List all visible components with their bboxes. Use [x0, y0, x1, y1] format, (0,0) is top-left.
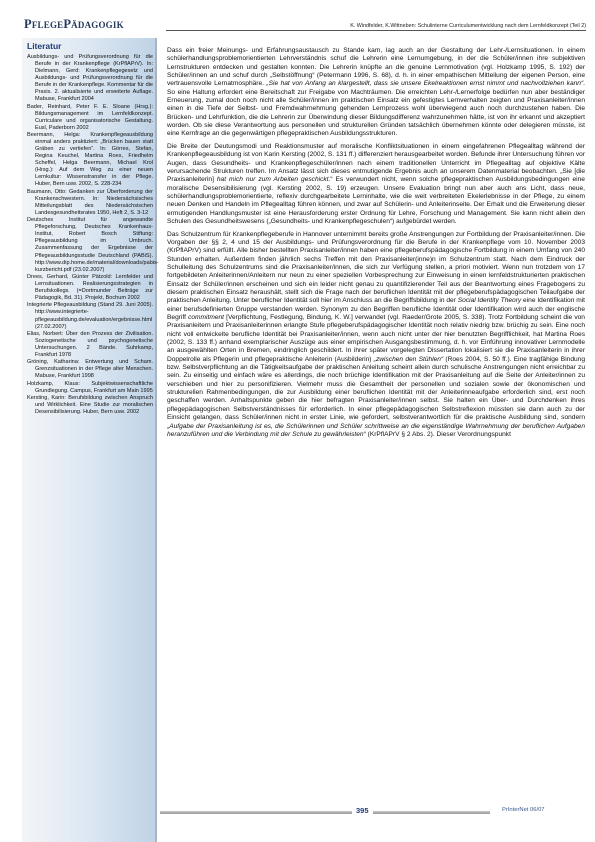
- body-paragraph: Dass ein freier Meinungs- und Erfahrungs…: [167, 47, 585, 139]
- literature-heading: Literatur: [27, 41, 61, 51]
- journal-brand-logo: PflegePädagogik: [24, 17, 124, 32]
- article-body: Dass ein freier Meinungs- und Erfahrungs…: [167, 47, 585, 443]
- text-run: “ (KrPflAPrV § 2 Abs. 2). Dieser Verordn…: [364, 431, 511, 438]
- reference-list: Ausbildungs- und Prüfungsverordnung für …: [27, 54, 153, 417]
- reference-entry: Kersting, Karin: Berufsbildung zwischen …: [27, 395, 153, 416]
- reference-entry: Holzkamp, Klaus: Subjektwissenschaftlich…: [27, 381, 153, 395]
- body-paragraph: Die Breite der Deutungsmodi und Reaktion…: [167, 143, 585, 226]
- reference-entry: Deutsches Institut für angewandte Pflege…: [27, 217, 153, 273]
- italic-quote: commitment: [188, 314, 224, 321]
- running-head-container: K. Windfelder, K.Wittneben: Schulinterne…: [166, 3, 586, 13]
- footer-rule: [160, 811, 490, 814]
- text-run: . So eine Haltung erfordert eine Bereits…: [167, 80, 585, 137]
- text-run: (Roes 2004, S. 50 ff.). Eine tragfähige …: [167, 356, 585, 430]
- text-run: Das Schulzentrum für Krankenpflegeberufe…: [167, 231, 585, 305]
- italic-quote: Social Identity Theory: [458, 297, 521, 304]
- journal-issue: PrInterNet 06/07: [502, 807, 545, 813]
- reference-entry: Integrierte Pflegeausbildung (Stand 29. …: [27, 302, 153, 330]
- sidebar-edge-divider: [155, 38, 157, 842]
- italic-quote: „zwischen den Stühlen“: [374, 356, 443, 363]
- reference-entry: Beermann, Helga: Krankenpflegeausbildung…: [27, 132, 153, 188]
- reference-entry: Drees, Gerhard, Günter Pätzold: Lernfeld…: [27, 274, 153, 302]
- reference-entry: Ausbildungs- und Prüfungsverordnung für …: [27, 54, 153, 103]
- running-head: K. Windfelder, K.Wittneben: Schulinterne…: [166, 23, 586, 31]
- italic-quote: „Sie hat von Anfang an klargestellt, das…: [266, 80, 583, 87]
- reference-entry: Elias, Norbert: Über den Prozess der Ziv…: [27, 331, 153, 359]
- text-run: “ Es verwundert nicht, wenn solche pfleg…: [167, 176, 585, 225]
- reference-entry: Gröning, Katharina: Entwertung und Scham…: [27, 359, 153, 380]
- page-number: 395: [352, 806, 373, 815]
- italic-quote: hat mich nur zum Arbeiten geschickt.: [217, 176, 331, 183]
- reference-entry: Bader, Reinhard, Peter F. E. Sloane (Hrs…: [27, 104, 153, 132]
- body-paragraph: Das Schulzentrum für Krankenpflegeberufe…: [167, 231, 585, 440]
- reference-entry: Baumann, Otto: Gedanken zur Überforderun…: [27, 189, 153, 217]
